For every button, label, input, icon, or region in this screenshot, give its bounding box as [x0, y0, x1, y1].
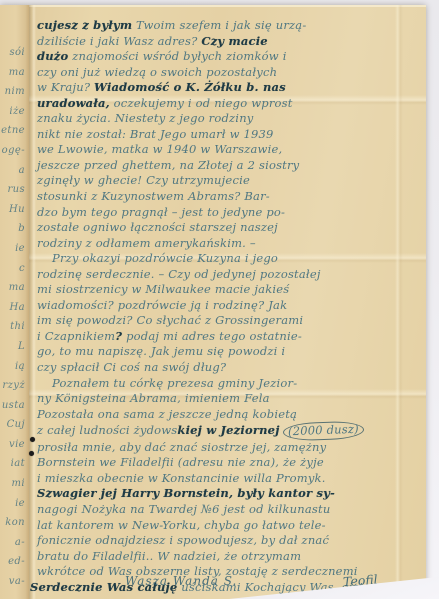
letter-line: czy oni już wiedzą o swoich pozostałych	[37, 65, 422, 81]
handwriting-segment: Poznałem tu córkę prezesa gminy Jezior-	[52, 376, 297, 390]
letter-line: ny Königsteina Abrama, imieniem Fela	[37, 391, 422, 407]
handwriting-segment: znajomości wśród byłych ziomków i	[68, 49, 286, 63]
letter-line: we Lwowie, matka w 1940 w Warszawie,	[37, 142, 422, 158]
page-edge-text-fragment: thi	[10, 317, 25, 337]
letter-line: dużo znajomości wśród byłych ziomków i	[37, 49, 422, 65]
page-edge-text-fragment: Ha	[10, 298, 25, 318]
previous-page-edge: sóimanimiżeetneogę-arusHubiecmaHathiLiąr…	[0, 5, 29, 599]
handwriting-segment: Szwagier jej Harry Bornstein, były kanto…	[37, 486, 335, 500]
handwriting-segment: zginęły w ghecie! Czy utrzymujecie	[37, 173, 250, 187]
handwriting-segment: Czy macie	[201, 34, 267, 48]
handwriting-segment: uradowała,	[37, 96, 110, 110]
handwriting-segment: znaku życia. Niestety z jego rodziny	[37, 111, 254, 125]
ink-blot	[29, 451, 34, 456]
scanned-letter: { "document": { "kind": "handwritten-let…	[0, 0, 439, 599]
page-edge-text-fragment: b	[18, 219, 25, 239]
handwriting-segment: cujesz z byłym	[37, 18, 132, 32]
handwriting-segment: zostałe ogniwo łączności starszej naszej	[37, 220, 278, 234]
handwriting-segment: rodzinę serdecznie. – Czy od jedynej poz…	[37, 267, 321, 281]
letter-line: nikt nie został: Brat Jego umarł w 1939	[37, 127, 422, 143]
handwriting-segment: go, to mu napiszę. Jak jemu się powodzi …	[37, 344, 285, 358]
letter-text: cujesz z byłym Twoim szefem i jak się ur…	[37, 18, 422, 595]
page-edge-text-fragment: Cuj	[7, 415, 25, 435]
handwriting-segment: Bornstein we Filadelfii (adresu nie zna)…	[37, 455, 324, 469]
page-edge-text-fragment: c	[19, 259, 25, 279]
page-edge-text-fragment: vie	[9, 435, 25, 455]
handwriting-segment: oczekujemy i od niego wprost	[110, 96, 293, 110]
page-edge-text-fragment: kon	[5, 513, 25, 533]
letter-line: Przy okazyi pozdrówcie Kuzyna i jego	[37, 251, 422, 267]
page-edge-text-fragment: ie	[15, 239, 25, 259]
handwriting-segment: nagogi Nożyka na Twardej №6 jest od kilk…	[37, 502, 330, 516]
page-edge-text-fragments: sóimanimiżeetneogę-arusHubiecmaHathiLiąr…	[0, 43, 25, 592]
letter-line: dzo bym tego pragnął – jest to jedyne po…	[37, 205, 422, 221]
circled-annotation: (2000 dusz)	[283, 421, 364, 441]
handwriting-segment: ny Königsteina Abrama, imieniem Fela	[37, 391, 270, 405]
handwriting-segment: bratu do Filadelfii.. W nadziei, że otrz…	[37, 549, 301, 563]
page-edge-text-fragment: ogę-	[2, 141, 25, 161]
letter-line: rodziny z odłamem amerykańskim. –	[37, 236, 422, 252]
page-edge-text-fragment: mi	[12, 474, 25, 494]
letter-line: jeszcze przed ghettem, na Złotej a 2 sio…	[37, 158, 422, 174]
letter-line: cujesz z byłym Twoim szefem i jak się ur…	[37, 18, 422, 34]
page-edge-text-fragment: nim	[5, 82, 25, 102]
handwriting-segment: lat kantorem w New-Yorku, chyba go łatwo…	[37, 518, 326, 532]
letter-page: sóimanimiżeetneogę-arusHubiecmaHathiLiąr…	[0, 5, 426, 599]
letter-line: rodzinę serdecznie. – Czy od jedynej poz…	[37, 267, 422, 283]
letter-line: stosunki z Kuzynostwem Abrams? Bar-	[37, 189, 422, 205]
page-edge-text-fragment: va-	[9, 572, 25, 592]
handwriting-segment: rodziny z odłamem amerykańskim. –	[37, 236, 256, 250]
letter-line: zostałe ogniwo łączności starszej naszej	[37, 220, 422, 236]
letter-line: dziliście i jaki Wasz adres? Czy macie	[37, 34, 422, 50]
page-edge-text-fragment: ma	[9, 63, 25, 83]
letter-line: Szwagier jej Harry Bornstein, były kanto…	[37, 486, 422, 502]
handwriting-segment: kiej w Jeziornej	[177, 423, 279, 437]
letter-line: im się powodzi? Co słychać z Grossingera…	[37, 313, 422, 329]
page-edge-text-fragment: sói	[9, 43, 25, 63]
handwriting-segment: z całej ludności żydows	[37, 423, 177, 437]
handwriting-segment: stosunki z Kuzynostwem Abrams? Bar-	[37, 189, 270, 203]
page-edge-text-fragment: rzyż	[2, 376, 25, 396]
page-edge-text-fragment: etne	[1, 121, 25, 141]
letter-line: lat kantorem w New-Yorku, chyba go łatwo…	[37, 518, 422, 534]
page-edge-text-fragment: ma	[9, 278, 25, 298]
handwriting-segment: nikt nie został: Brat Jego umarł w 1939	[37, 127, 274, 141]
letter-line: nagogi Nożyka na Twardej №6 jest od kilk…	[37, 502, 422, 518]
letter-line: zginęły w ghecie! Czy utrzymujecie	[37, 173, 422, 189]
page-edge-text-fragment: usta	[2, 396, 25, 416]
handwriting-segment: dużo	[37, 49, 68, 63]
signature-row: Wasza Wanda S. Teofil	[37, 573, 406, 588]
letter-line: wiadomości? pozdrówcie ją i rodzinę? Jak	[37, 298, 422, 314]
page-edge-text-fragment: a-	[15, 533, 25, 553]
letter-line: Poznałem tu córkę prezesa gminy Jezior-	[37, 376, 422, 392]
letter-line: mi siostrzenicy w Milwaukee macie jakieś	[37, 282, 422, 298]
page-fold-line	[29, 5, 36, 599]
handwriting-segment: prosiła mnie, aby dać znać siostrze jej,…	[37, 440, 326, 454]
page-edge-text-fragment: Hu	[9, 200, 25, 220]
handwriting-segment: Przy okazyi pozdrówcie Kuzyna i jego	[52, 251, 278, 265]
handwriting-segment: i Czapnikiem	[37, 329, 115, 343]
page-edge-text-fragment: a	[19, 161, 25, 181]
handwriting-segment: we Lwowie, matka w 1940 w Warszawie,	[37, 142, 282, 156]
page-edge-text-fragment: ią	[15, 357, 25, 377]
handwriting-segment: Pozostała ona sama z jeszcze jedną kobie…	[37, 407, 297, 421]
page-edge-text-fragment: iże	[9, 102, 25, 122]
page-edge-text-fragment: L	[18, 337, 25, 357]
letter-line: i Czapnikiem? podaj mi adres tego ostatn…	[37, 329, 422, 345]
handwriting-segment: czy spłacił Ci coś na swój dług?	[37, 360, 226, 374]
letter-line: fonicznie odnajdziesz i spowodujesz, by …	[37, 533, 422, 549]
handwriting-segment: dzo bym tego pragnął – jest to jedyne po…	[37, 205, 285, 219]
handwriting-segment: czy oni już wiedzą o swoich pozostałych	[37, 65, 277, 79]
letter-line: uradowała, oczekujemy i od niego wprost	[37, 96, 422, 112]
handwriting-segment: mi siostrzenicy w Milwaukee macie jakieś	[37, 282, 289, 296]
handwriting-segment: im się powodzi? Co słychać z Grossingera…	[37, 313, 303, 327]
ink-blot	[30, 437, 35, 442]
handwriting-segment: Twoim szefem i jak się urzą-	[132, 18, 306, 32]
letter-line: z całej ludności żydowskiej w Jeziornej …	[37, 422, 422, 440]
handwriting-segment: podaj mi adres tego ostatnie-	[122, 329, 302, 343]
paper-top-edge	[0, 5, 426, 7]
letter-line: prosiła mnie, aby dać znać siostrze jej,…	[37, 440, 422, 456]
letter-line: czy spłacił Ci coś na swój dług?	[37, 360, 422, 376]
letter-line: bratu do Filadelfii.. W nadziei, że otrz…	[37, 549, 422, 565]
letter-line: znaku życia. Niestety z jego rodziny	[37, 111, 422, 127]
letter-line: Bornstein we Filadelfii (adresu nie zna)…	[37, 455, 422, 471]
handwriting-segment: dziliście i jaki Wasz adres?	[37, 34, 201, 48]
page-edge-text-fragment: iat	[11, 454, 25, 474]
letter-line: i mieszka obecnie w Konstancinie willa P…	[37, 471, 422, 487]
handwriting-segment: fonicznie odnajdziesz i spowodujesz, by …	[37, 533, 329, 547]
letter-line: w Kraju? Wiadomość o K. Żółku b. nas	[37, 80, 422, 96]
handwriting-segment: wiadomości? pozdrówcie ją i rodzinę? Jak	[37, 298, 287, 312]
page-edge-text-fragment: ed-	[8, 552, 25, 572]
letter-line: go, to mu napiszę. Jak jemu się powodzi …	[37, 344, 422, 360]
handwriting-segment: i mieszka obecnie w Konstancinie willa P…	[37, 471, 326, 485]
handwriting-segment: Wiadomość o K. Żółku b. nas	[94, 80, 286, 94]
handwriting-segment: w Kraju?	[37, 80, 94, 94]
page-edge-text-fragment: ie	[15, 494, 25, 514]
letter-line: Pozostała ona sama z jeszcze jedną kobie…	[37, 407, 422, 423]
handwriting-segment: jeszcze przed ghettem, na Złotej a 2 sio…	[37, 158, 299, 172]
page-edge-text-fragment: rus	[7, 180, 25, 200]
signature-wanda: Wasza Wanda S.	[125, 574, 237, 588]
